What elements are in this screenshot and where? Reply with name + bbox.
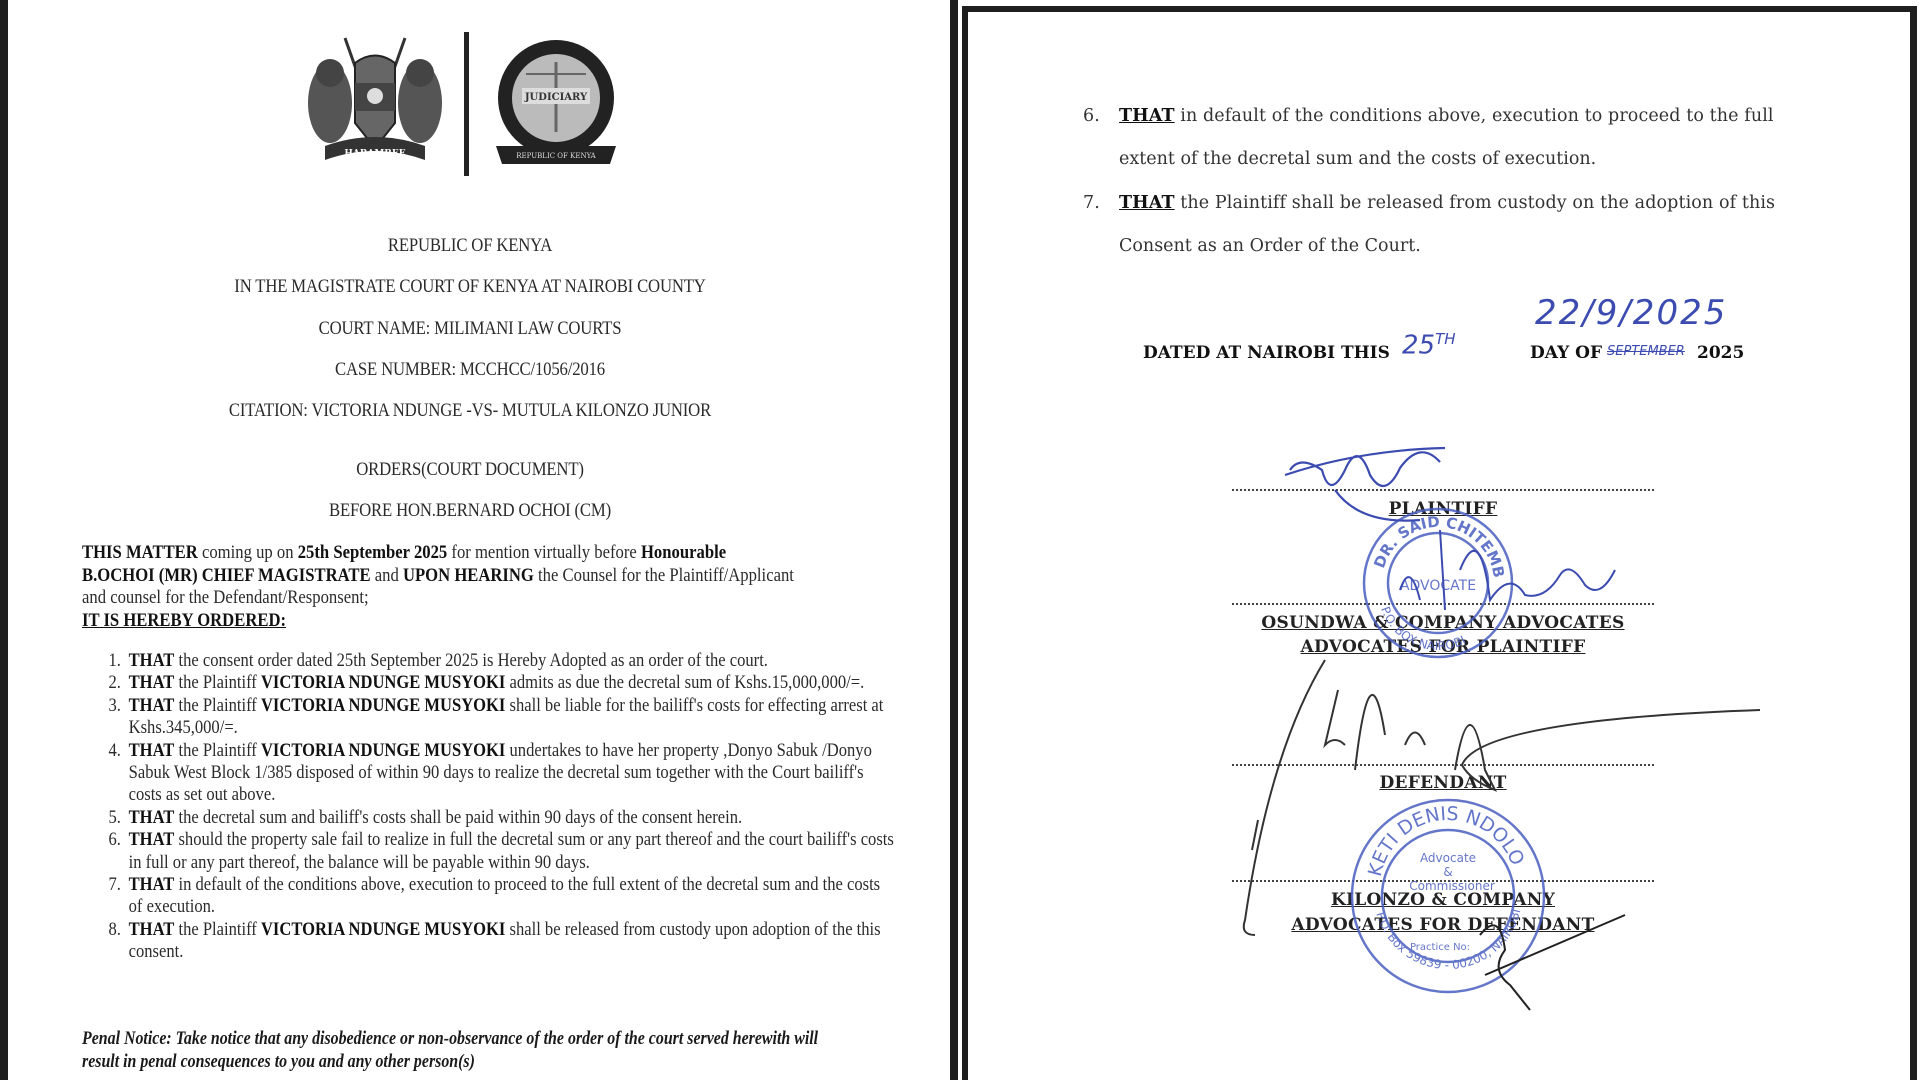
preamble: THIS MATTER coming up on 25th September … [82,542,802,632]
order-item: THAT the Plaintiff VICTORIA NDUNGE MUSYO… [125,740,895,807]
penal-notice: Penal Notice: Take notice that any disob… [82,1028,822,1074]
svg-text:JUDICIARY: JUDICIARY [524,92,588,103]
svg-text:REPUBLIC OF KENYA: REPUBLIC OF KENYA [516,152,596,160]
plaintiff-label: PLAINTIFF [1232,499,1654,519]
right-order-item-6: 6.THAT in default of the conditions abov… [1083,106,1823,126]
handwritten-day: 25TH [1402,330,1456,361]
dated-label: DATED AT NAIROBI THIS [1143,343,1390,363]
order-item: THAT should the property sale fail to re… [125,829,895,874]
order-item: THAT in default of the conditions above,… [125,874,895,919]
order-item: THAT the Plaintiff VICTORIA NDUNGE MUSYO… [125,695,895,740]
header-court-name: COURT NAME: MILIMANI LAW COURTS [56,318,883,340]
judiciary-seal-icon: JUDICIARY REPUBLIC OF KENYA [486,34,626,174]
defendant-advocates-label: ADVOCATES FOR DEFENDANT [1232,915,1654,935]
order-item: THAT the consent order dated 25th Septem… [125,650,895,672]
header-citation: CITATION: VICTORIA NDUNGE -VS- MUTULA KI… [56,400,883,422]
orders-list: THAT the consent order dated 25th Septem… [100,650,895,964]
plaintiff-signature-line [1232,489,1654,491]
defendant-label: DEFENDANT [1232,773,1654,793]
header-logos: HARAMBEE JUDICIARY REPUBLIC OF KENYA [300,28,630,178]
header-before: BEFORE HON.BERNARD OCHOI (CM) [56,500,883,522]
defendant-signature-line [1232,764,1654,766]
defendant-advocate-signature-line [1232,880,1654,882]
header-republic: REPUBLIC OF KENYA [56,235,883,257]
order-item: THAT the decretal sum and bailiff's cost… [125,807,895,829]
handwritten-month: SEPTEMBER [1607,344,1685,359]
right-order-item-7-cont: Consent as an Order of the Court. [1119,236,1421,256]
kenya-coat-of-arms-icon: HARAMBEE [300,28,450,178]
right-order-item-7: 7.THAT the Plaintiff shall be released f… [1083,193,1823,213]
handwritten-date: 22/9/2025 [1535,293,1727,333]
header-court: IN THE MAGISTRATE COURT OF KENYA AT NAIR… [56,276,883,298]
plaintiff-advocate-signature-line [1232,603,1654,605]
plaintiff-advocates-label: ADVOCATES FOR PLAINTIFF [1232,637,1654,657]
it-is-hereby-ordered: IT IS HEREBY ORDERED: [82,611,286,631]
order-item: THAT the Plaintiff VICTORIA NDUNGE MUSYO… [125,672,895,694]
svg-text:HARAMBEE: HARAMBEE [344,149,405,159]
order-item: THAT the Plaintiff VICTORIA NDUNGE MUSYO… [125,919,895,964]
year-label: 2025 [1697,343,1744,363]
plaintiff-firm: OSUNDWA & COMPANY ADVOCATES [1232,613,1654,633]
day-of-label: DAY OF [1530,343,1602,363]
header-case-number: CASE NUMBER: MCCHCC/1056/2016 [56,359,883,381]
header-doc-type: ORDERS(COURT DOCUMENT) [56,459,883,481]
defendant-firm: KILONZO & COMPANY [1232,890,1654,910]
right-order-item-6-cont: extent of the decretal sum and the costs… [1119,149,1596,169]
logo-divider [464,32,469,176]
